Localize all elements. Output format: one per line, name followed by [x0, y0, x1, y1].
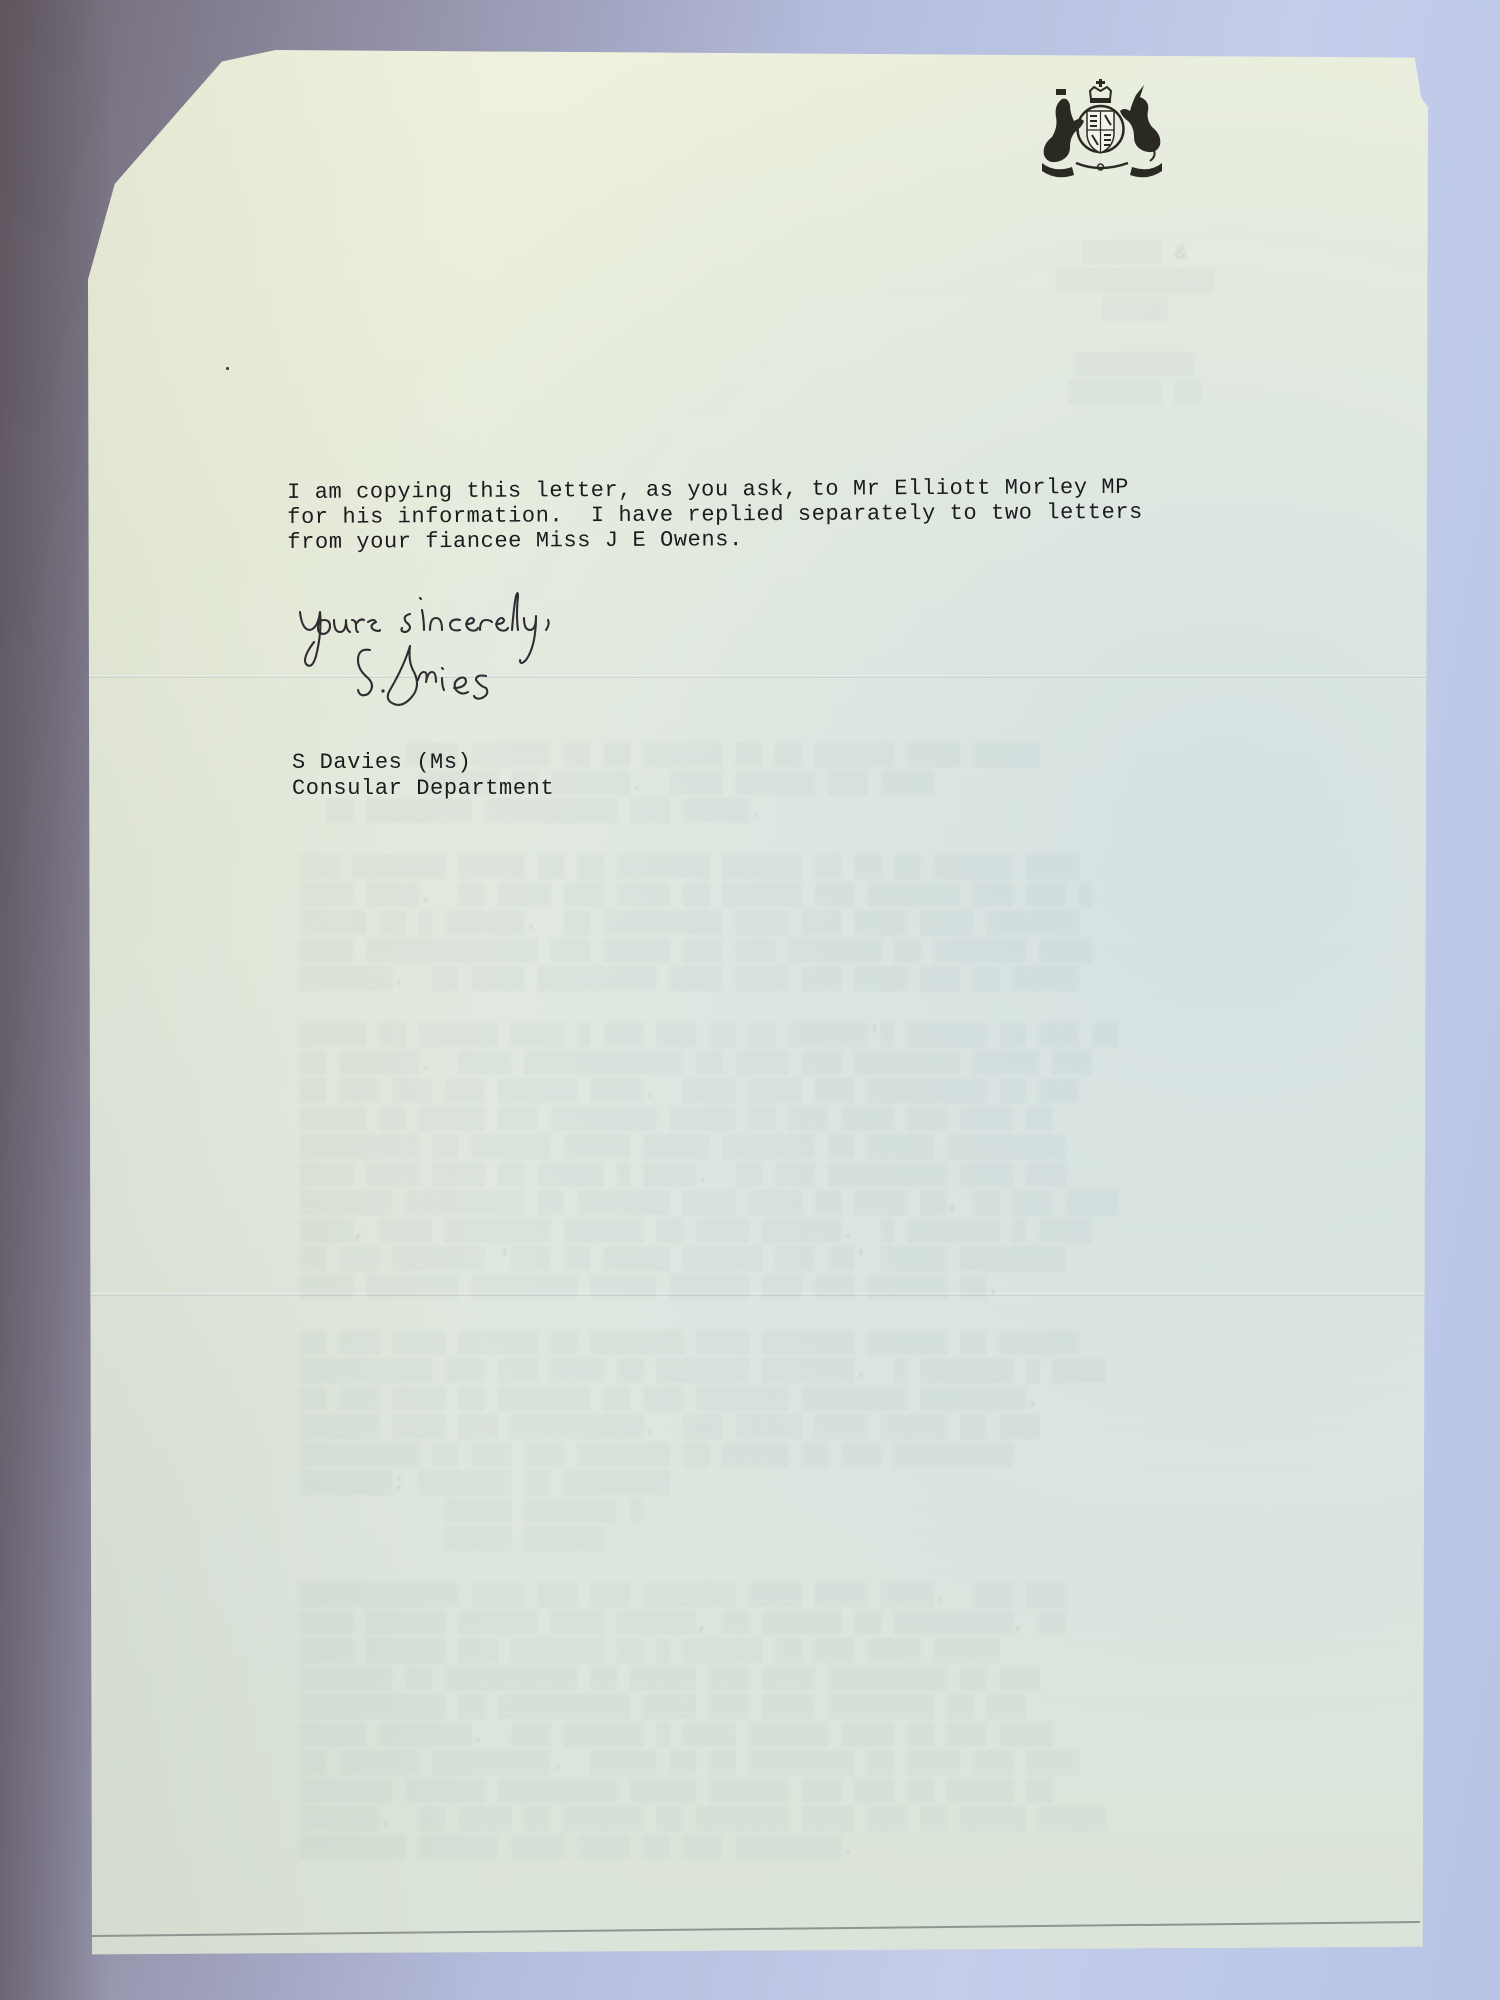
body-line: for his information. I have replied sepa… [287, 500, 1143, 530]
signatory-block: S Davies (Ms)Consular Department [292, 750, 554, 802]
handwritten-signature: Yours sincerely, S Davies [290, 590, 690, 740]
fold-crease [88, 675, 1428, 678]
letter-page [88, 50, 1428, 1962]
page-mark [226, 367, 229, 370]
signatory-name: S Davies (Ms) [292, 750, 554, 776]
signature-strokes [290, 590, 690, 740]
fold-crease [88, 1293, 1428, 1296]
body-line: from your fiancee Miss J E Owens. [287, 525, 1143, 555]
signatory-department: Consular Department [292, 776, 554, 802]
royal-coat-of-arms-icon [1032, 77, 1172, 183]
body-paragraph: I am copying this letter, as you ask, to… [287, 475, 1143, 555]
